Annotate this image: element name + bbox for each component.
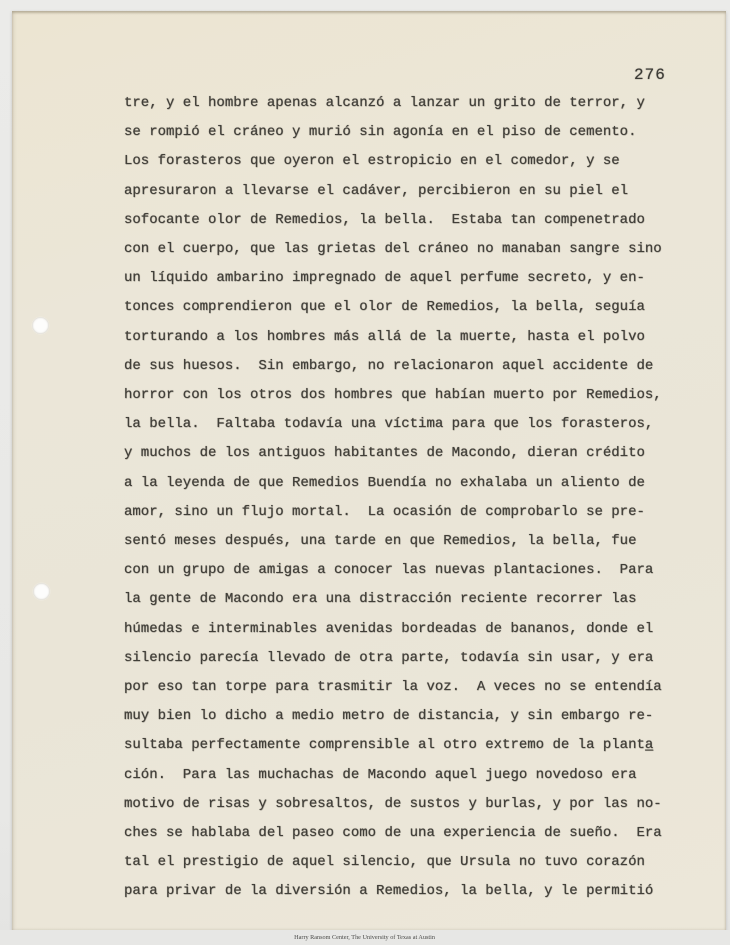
text-line: sofocante olor de Remedios, la bella. Es… bbox=[124, 206, 669, 235]
text-line: silencio parecía llevado de otra parte, … bbox=[124, 644, 669, 673]
text-line: a la leyenda de que Remedios Buendía no … bbox=[124, 469, 669, 498]
footer-caption: Harry Ransom Center, The University of T… bbox=[295, 934, 436, 941]
text-line: se rompió el cráneo y murió sin agonía e… bbox=[124, 118, 669, 147]
text-line: amor, sino un flujo mortal. La ocasión d… bbox=[124, 498, 669, 527]
text-line: ción. Para las muchachas de Macondo aque… bbox=[124, 761, 669, 790]
text-line: ches se hablaba del paseo como de una ex… bbox=[124, 819, 669, 848]
page-number: 276 bbox=[634, 66, 666, 84]
text-line: y muchos de los antiguos habitantes de M… bbox=[124, 439, 669, 468]
scan-background: 276 tre, y el hombre apenas alcanzó a la… bbox=[0, 0, 730, 945]
text-line: muy bien lo dicho a medio metro de dista… bbox=[124, 702, 669, 731]
text-line: tre, y el hombre apenas alcanzó a lanzar… bbox=[124, 89, 669, 118]
text-line: por eso tan torpe para trasmitir la voz.… bbox=[124, 673, 669, 702]
text-line: sentó meses después, una tarde en que Re… bbox=[124, 527, 669, 556]
punch-hole-top bbox=[32, 317, 49, 334]
text-line: con un grupo de amigas a conocer las nue… bbox=[124, 556, 669, 585]
text-line: húmedas e interminables avenidas bordead… bbox=[124, 615, 669, 644]
text-line: la bella. Faltaba todavía una víctima pa… bbox=[124, 410, 669, 439]
text-line: tal el prestigio de aquel silencio, que … bbox=[124, 848, 669, 877]
text-line: la gente de Macondo era una distracción … bbox=[124, 585, 669, 614]
manuscript-page: 276 tre, y el hombre apenas alcanzó a la… bbox=[12, 11, 726, 932]
text-line: para privar de la diversión a Remedios, … bbox=[124, 877, 669, 906]
footer-strip: Harry Ransom Center, The University of T… bbox=[0, 930, 730, 945]
text-line: con el cuerpo, que las grietas del cráne… bbox=[124, 235, 669, 264]
text-line: apresuraron a llevarse el cadáver, perci… bbox=[124, 177, 669, 206]
punch-hole-bottom bbox=[33, 583, 50, 600]
text-line: motivo de risas y sobresaltos, de sustos… bbox=[124, 790, 669, 819]
text-line: sultaba perfectamente comprensible al ot… bbox=[124, 731, 669, 760]
text-line: un líquido ambarino impregnado de aquel … bbox=[124, 264, 669, 293]
text-line: torturando a los hombres más allá de la … bbox=[124, 323, 669, 352]
text-line: Los forasteros que oyeron el estropicio … bbox=[124, 147, 669, 176]
typed-paragraph: tre, y el hombre apenas alcanzó a lanzar… bbox=[124, 89, 669, 907]
text-line: horror con los otros dos hombres que hab… bbox=[124, 381, 669, 410]
text-line: tonces comprendieron que el olor de Reme… bbox=[124, 293, 669, 322]
text-line: de sus huesos. Sin embargo, no relaciona… bbox=[124, 352, 669, 381]
